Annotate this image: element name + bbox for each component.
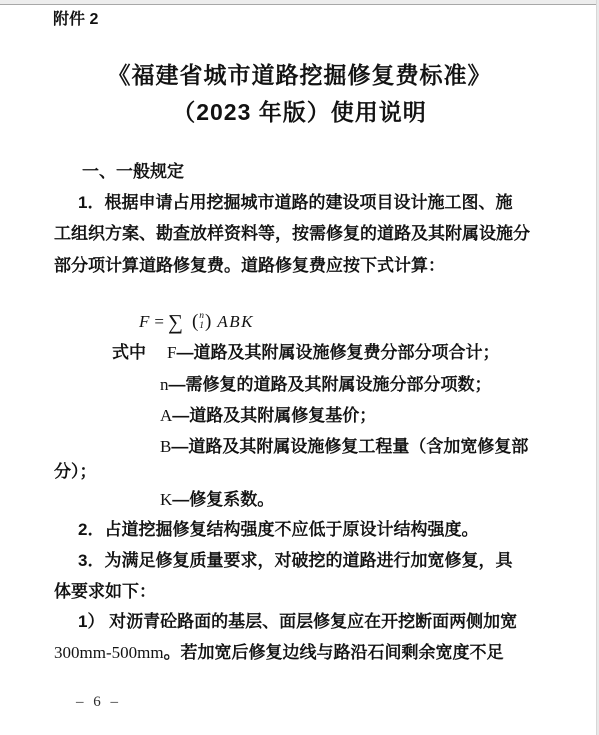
- definition-f: 式中F—道路及其附属设施修复费分部分项合计；: [112, 342, 499, 364]
- document-page: 附件 2 《福建省城市道路挖掘修复费标准》 （2023 年版）使用说明 一、一般…: [0, 0, 599, 735]
- definition-a-text: —道路及其附属修复基价；: [172, 406, 376, 425]
- where-label: 式中: [112, 343, 146, 362]
- symbol-k: K: [160, 490, 172, 509]
- definition-k-text: —修复系数。: [172, 490, 274, 509]
- summation-symbol: ∑: [168, 311, 183, 333]
- para2: 2．占道挖掘修复结构强度不应低于原设计结构强度。: [78, 519, 478, 541]
- definition-f-text: —道路及其附属设施修复费分部分项合计；: [176, 343, 499, 362]
- formula-open-paren: (: [192, 311, 198, 333]
- para3-line1: 3．为满足修复质量要求，对破挖的道路进行加宽修复，具: [78, 550, 512, 572]
- item1-line2: 300mm-500mm。若加宽后修复边线与路沿石间剩余宽度不足: [54, 642, 504, 664]
- doc-title-line2: （2023 年版）使用说明: [0, 98, 599, 126]
- para1-line3: 部分项计算道路修复费。道路修复费应按下式计算：: [54, 255, 445, 277]
- item1-line2-rest: 。若加宽后修复边线与路沿石间剩余宽度不足: [164, 643, 504, 662]
- para1-line2: 工组织方案、勘查放样资料等，按需修复的道路及其附属设施分: [54, 223, 530, 245]
- section-heading: 一、一般规定: [82, 161, 184, 183]
- symbol-a: A: [160, 406, 172, 425]
- definition-b-text: —道路及其附属设施修复工程量（含加宽修复部: [171, 437, 528, 456]
- formula-close-paren: ): [205, 311, 211, 333]
- attachment-label: 附件 2: [53, 9, 98, 31]
- para3-line2: 体要求如下：: [54, 581, 156, 603]
- symbol-b: B: [160, 437, 171, 456]
- summation-limits: n 1: [199, 312, 204, 332]
- item1-line1: 1） 对沥青砼路面的基层、面层修复应在开挖断面两侧加宽: [78, 611, 517, 633]
- item1-line2-measurement: 300mm-500mm: [54, 643, 164, 662]
- symbol-n: n: [160, 375, 169, 394]
- definition-n-text: —需修复的道路及其附属设施分部分项数；: [169, 375, 492, 394]
- summation-lower-limit: 1: [199, 322, 204, 332]
- definition-b-wrap: 分）；: [54, 461, 97, 483]
- definition-a: A—道路及其附属修复基价；: [160, 405, 376, 427]
- doc-title-line1: 《福建省城市道路挖掘修复费标准》: [0, 61, 599, 89]
- scan-top-edge: [0, 0, 599, 5]
- page-number: – 6 –: [76, 691, 121, 713]
- formula-lhs: F: [139, 311, 149, 333]
- para1-line1: 1．根据申请占用挖掘城市道路的建设项目设计施工图、施: [78, 192, 512, 214]
- definition-k: K—修复系数。: [160, 489, 274, 511]
- definition-b: B—道路及其附属设施修复工程量（含加宽修复部: [160, 436, 528, 458]
- formula-equals: =: [154, 311, 164, 333]
- definition-n: n—需修复的道路及其附属设施分部分项数；: [160, 374, 492, 396]
- formula-rhs: ABK: [217, 311, 254, 333]
- repair-fee-formula: F = ∑ ( n 1 ) ABK: [139, 311, 254, 333]
